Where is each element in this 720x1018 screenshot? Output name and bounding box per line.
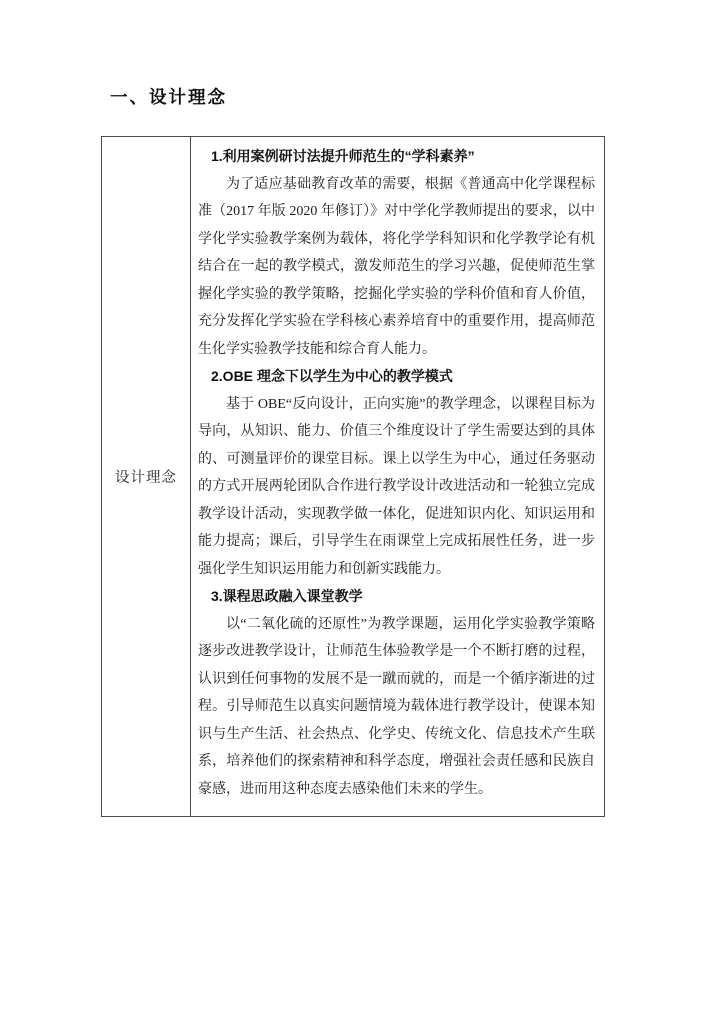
page-title: 一、设计理念	[110, 84, 227, 109]
section-3-heading: 3.课程思政融入课堂教学	[198, 583, 595, 611]
design-concept-table: 设计理念 1.利用案例研讨法提升师范生的“学科素养” 为了适应基础教育改革的需要…	[101, 136, 605, 817]
row-header-cell: 设计理念	[102, 137, 191, 817]
section-3-body: 以“二氧化硫的还原性”为教学课题，运用化学实验教学策略逐步改进教学设计，让师范生…	[198, 611, 595, 804]
table-row: 设计理念 1.利用案例研讨法提升师范生的“学科素养” 为了适应基础教育改革的需要…	[102, 137, 605, 817]
section-3: 3.课程思政融入课堂教学 以“二氧化硫的还原性”为教学课题，运用化学实验教学策略…	[198, 583, 595, 803]
section-2-body: 基于 OBE“反向设计，正向实施”的教学理念，以课程目标为导向，从知识、能力、价…	[198, 391, 595, 584]
section-1-heading: 1.利用案例研讨法提升师范生的“学科素养”	[198, 143, 595, 171]
document-page: 一、设计理念 设计理念 1.利用案例研讨法提升师范生的“学科素养” 为了适应基础…	[0, 0, 720, 1018]
section-1-body: 为了适应基础教育改革的需要，根据《普通高中化学课程标准（2017 年版 2020…	[198, 171, 595, 364]
section-2-heading: 2.OBE 理念下以学生为中心的教学模式	[198, 363, 595, 391]
section-1: 1.利用案例研讨法提升师范生的“学科素养” 为了适应基础教育改革的需要，根据《普…	[198, 143, 595, 363]
section-2: 2.OBE 理念下以学生为中心的教学模式 基于 OBE“反向设计，正向实施”的教…	[198, 363, 595, 583]
content-cell: 1.利用案例研讨法提升师范生的“学科素养” 为了适应基础教育改革的需要，根据《普…	[191, 137, 605, 817]
